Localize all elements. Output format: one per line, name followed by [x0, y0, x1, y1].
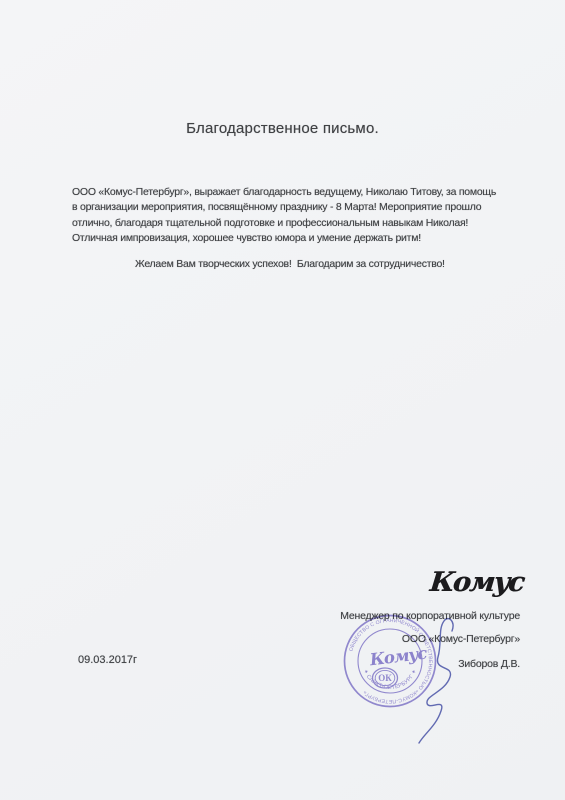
- handwritten-signature: [395, 612, 475, 752]
- stamp-ok-text: ОК: [378, 673, 392, 683]
- letter-title: Благодарственное письмо.: [0, 120, 565, 137]
- letter-date: 09.03.2017г: [78, 654, 137, 666]
- body-line-1: ООО «Комус-Петербург», выражает благодар…: [72, 185, 502, 200]
- closing-line: Желаем Вам творческих успехов! Благодари…: [135, 258, 445, 270]
- komus-logo: Комус: [428, 567, 525, 598]
- scanned-letter-page: Благодарственное письмо. ООО «Комус-Пете…: [0, 0, 565, 800]
- body-line-3: отлично, благодаря тщательной подготовке…: [72, 216, 502, 231]
- signature-stroke: [419, 619, 453, 743]
- body-line-4: Отличная импровизация, хорошее чувство ю…: [72, 231, 502, 246]
- letter-body: ООО «Комус-Петербург», выражает благодар…: [72, 185, 502, 247]
- body-line-2: в организации мероприятия, посвящённому …: [72, 200, 502, 215]
